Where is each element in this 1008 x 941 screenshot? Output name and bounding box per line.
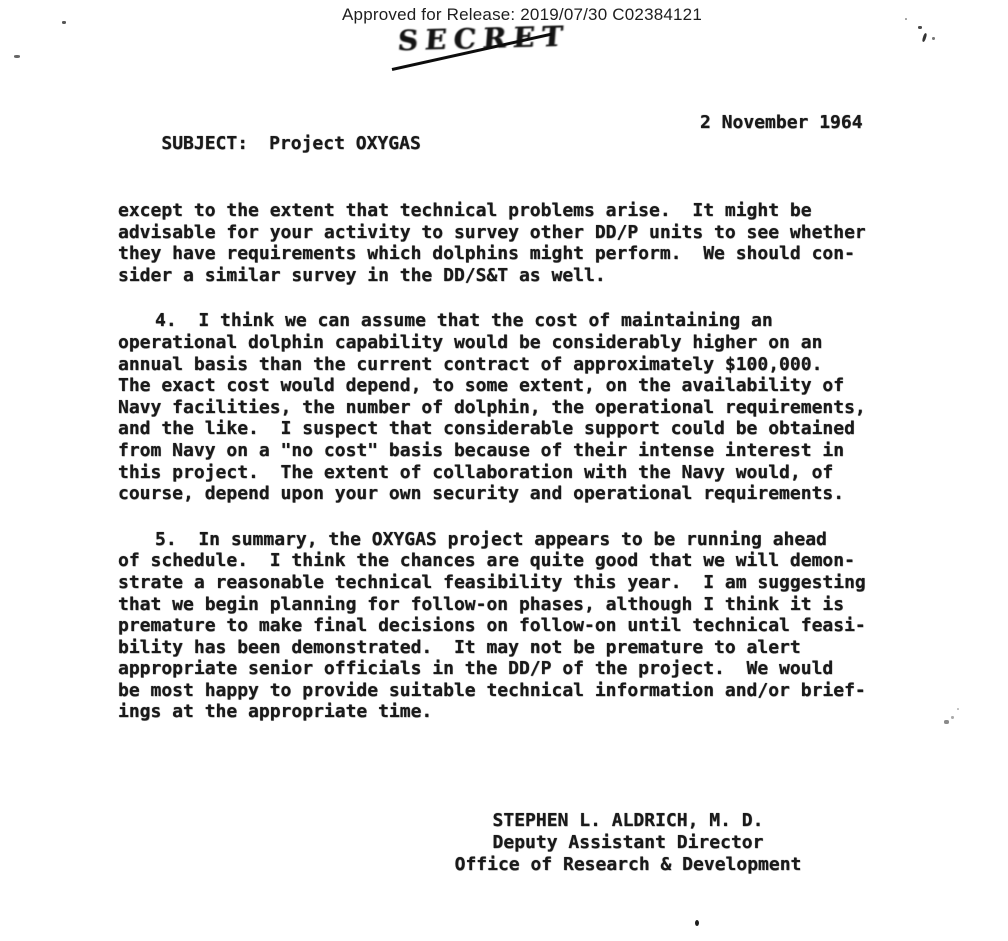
scan-speck [922,33,928,42]
document-page: Approved for Release: 2019/07/30 C023841… [0,0,1008,941]
signature-office: Office of Research & Development [448,854,808,876]
signature-title: Deputy Assistant Director [448,832,808,854]
memo-date: 2 November 1964 [700,112,863,133]
signature-name: STEPHEN L. ALDRICH, M. D. [448,810,808,832]
subject-row: SUBJECT:Project OXYGAS [118,112,421,175]
scan-speck [932,37,935,40]
secret-stamp-text: SECRET [396,20,570,57]
scan-speck [951,716,954,719]
scan-speck [944,720,949,724]
paragraph-continuation: except to the extent that technical prob… [118,200,898,286]
paragraph-4: 4. I think we can assume that the cost o… [118,310,898,504]
subject-label: SUBJECT: [161,133,248,154]
memo-body: except to the extent that technical prob… [118,200,898,747]
scan-speck [905,18,907,20]
subject-value: Project OXYGAS [269,133,421,154]
scan-speck [14,55,20,58]
scan-speck [957,708,959,710]
scan-speck [62,21,66,24]
secret-stamp: SECRET [398,22,573,77]
paragraph-5: 5. In summary, the OXYGAS project appear… [118,529,898,723]
scan-speck [695,920,699,926]
signature-block: STEPHEN L. ALDRICH, M. D. Deputy Assista… [448,810,808,875]
scan-speck [918,26,922,29]
